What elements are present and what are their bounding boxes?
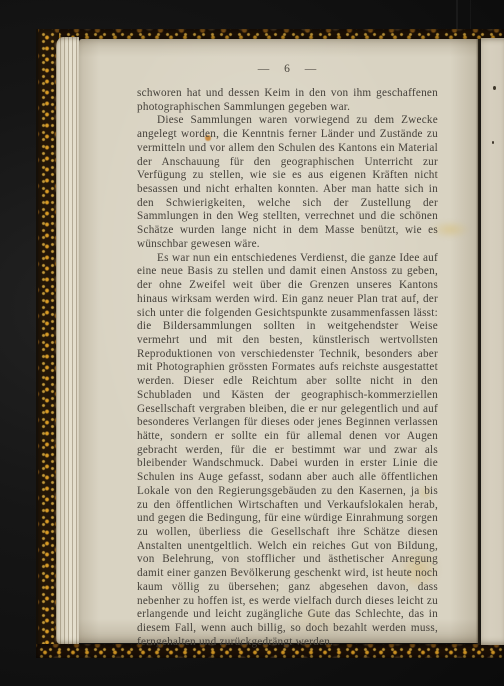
book-page: — 6 — schworen hat und dessen Keim in de… [79, 39, 478, 643]
paragraph: Es war nun ein entschiedenes Verdienst, … [137, 252, 438, 650]
book-cover-top-edge [36, 29, 504, 39]
paragraph: Diese Sammlungen waren vorwiegend zu dem… [137, 114, 438, 251]
paper-speck [492, 141, 494, 144]
paper-speck [493, 86, 496, 90]
page-number: — 6 — [137, 63, 438, 77]
background-fold-line [456, 0, 458, 32]
page-text: — 6 — schworen hat und dessen Keim in de… [137, 63, 438, 663]
page-edges-stack [56, 37, 79, 644]
paragraph: schworen hat und dessen Keim in den von … [137, 87, 438, 114]
book-scan: — 6 — schworen hat und dessen Keim in de… [0, 0, 504, 686]
background-fold-line [470, 0, 471, 30]
adjacent-page-edge [481, 38, 504, 645]
